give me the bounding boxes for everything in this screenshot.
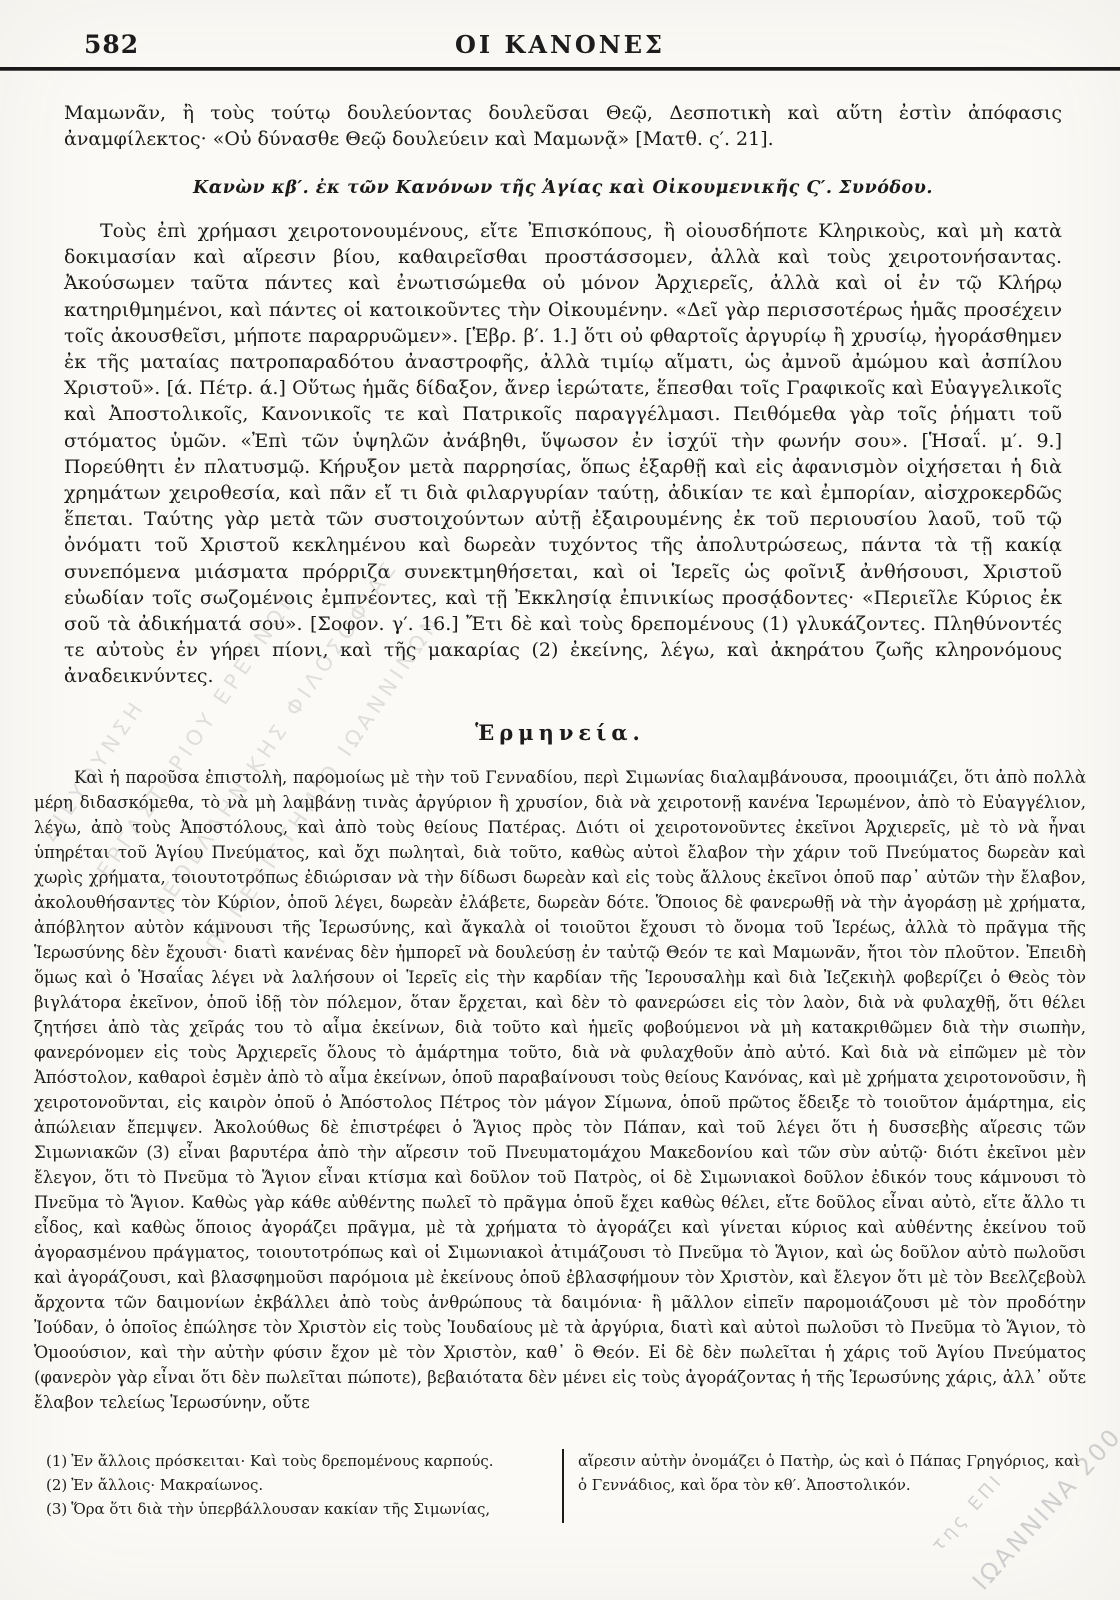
- interpretation-heading: Ἑρμηνεία.: [0, 720, 1120, 745]
- footnote-2-text: Ἐν ἄλλοις· Μακραίωνος.: [71, 1476, 263, 1494]
- footnotes-left-column: (1)Ἐν ἄλλοις πρόσκειται· Καὶ τοὺς δρεπομ…: [46, 1449, 562, 1523]
- footnote-2: (2)Ἐν ἄλλοις· Μακραίωνος.: [46, 1473, 548, 1497]
- canon-text: Τοὺς ἐπὶ χρήμασι χειροτονουμένους, εἴτε …: [64, 218, 1062, 690]
- canon-heading: Κανὼν κβ′. ἐκ τῶν Κανόνων τῆς Ἁγίας καὶ …: [64, 178, 1062, 198]
- interpretation-text: Καὶ ἡ παροῦσα ἐπιστολὴ, παρομοίως μὲ τὴν…: [34, 765, 1086, 1415]
- footnotes-section: (1)Ἐν ἄλλοις πρόσκειται· Καὶ τοὺς δρεπομ…: [46, 1449, 1080, 1523]
- footnote-3-continuation: αἵρεσιν αὐτὴν ὀνομάζει ὁ Πατὴρ, ὡς καὶ ὁ…: [578, 1449, 1080, 1497]
- header-rule: [0, 67, 1120, 71]
- footnote-3-text: Ὅρα ὅτι διὰ τὴν ὑπερβάλλουσαν κακίαν τῆς…: [71, 1500, 490, 1518]
- scanned-book-page: ΔΙΕΥΘΥΝΣΗ ΕΡΓΑΣΤΗΡΙΟΥ ΕΡΕΥΝΩΝ ΝΕΟΕΛΛΗΝΙΚ…: [0, 0, 1120, 1600]
- intro-paragraph: Μαμωνᾶν, ἢ τοὺς τούτῳ δουλεύοντας δουλεῦ…: [64, 100, 1062, 152]
- footnote-2-label: (2): [46, 1476, 71, 1494]
- footnote-3: (3)Ὅρα ὅτι διὰ τὴν ὑπερβάλλουσαν κακίαν …: [46, 1497, 548, 1521]
- footnote-1: (1)Ἐν ἄλλοις πρόσκειται· Καὶ τοὺς δρεπομ…: [46, 1449, 548, 1473]
- running-title: ΟΙ ΚΑΝΟΝΕΣ: [0, 30, 1120, 59]
- footnotes-right-column: αἵρεσιν αὐτὴν ὀνομάζει ὁ Πατὴρ, ὡς καὶ ὁ…: [564, 1449, 1080, 1523]
- page-body: Μαμωνᾶν, ἢ τοὺς τούτῳ δουλεύοντας δουλεῦ…: [0, 100, 1120, 1415]
- footnote-3-label: (3): [46, 1500, 71, 1518]
- footnote-1-text: Ἐν ἄλλοις πρόσκειται· Καὶ τοὺς δρεπομένο…: [71, 1452, 493, 1470]
- footnote-1-label: (1): [46, 1452, 71, 1470]
- page-header: 582 ΟΙ ΚΑΝΟΝΕΣ: [0, 0, 1120, 70]
